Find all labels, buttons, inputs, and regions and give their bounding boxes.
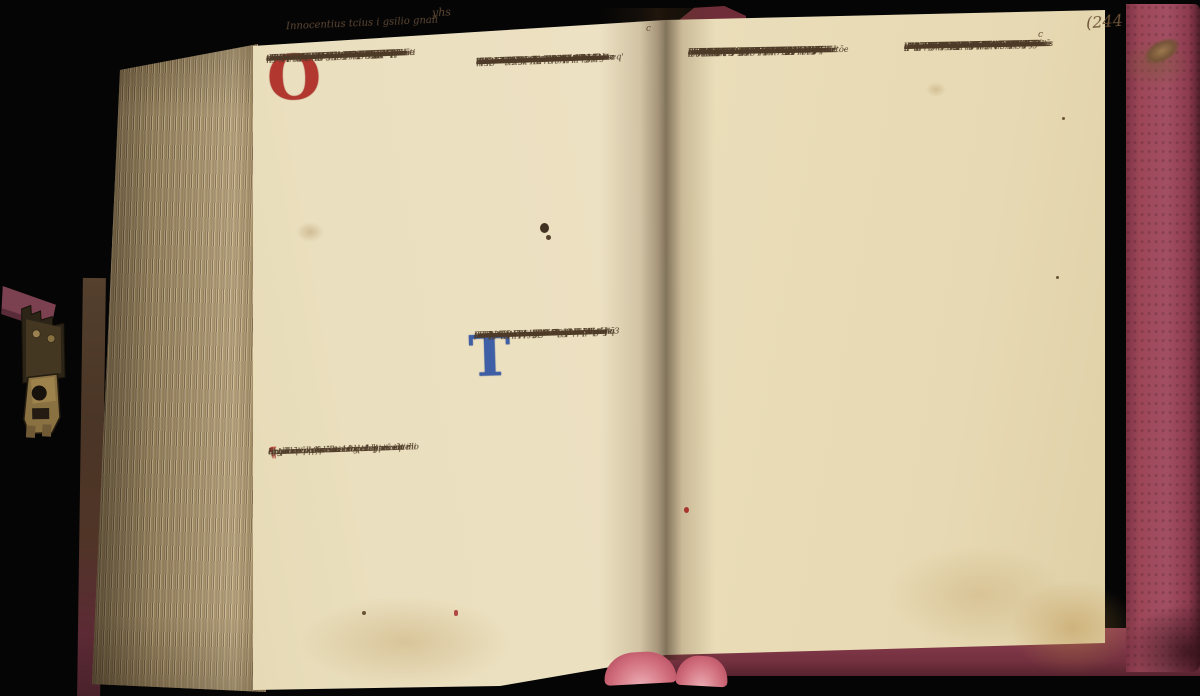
ink-blot [546, 235, 551, 240]
wormhole [362, 611, 366, 615]
ihs-monogram: yhs [432, 6, 452, 20]
right-cover [1126, 4, 1200, 672]
manuscript-line: in p'dicte. c. [476, 56, 526, 69]
red-smudge [454, 610, 458, 616]
wormhole [1062, 117, 1065, 120]
wormhole [1056, 276, 1059, 279]
corner-mark: c [646, 24, 651, 34]
manuscript-photo: Innocentius tcius i gsilio gnali yhs c c… [0, 0, 1200, 696]
folio-number: (244 [1085, 11, 1123, 33]
fore-edge-page-stack [92, 36, 266, 696]
red-margin-dot [684, 507, 689, 513]
ink-blot [540, 223, 549, 233]
strap-and-clasp [0, 280, 110, 440]
clasp-metal [15, 305, 69, 439]
running-header: Innocentius tcius i gsilio gnali [286, 15, 439, 33]
